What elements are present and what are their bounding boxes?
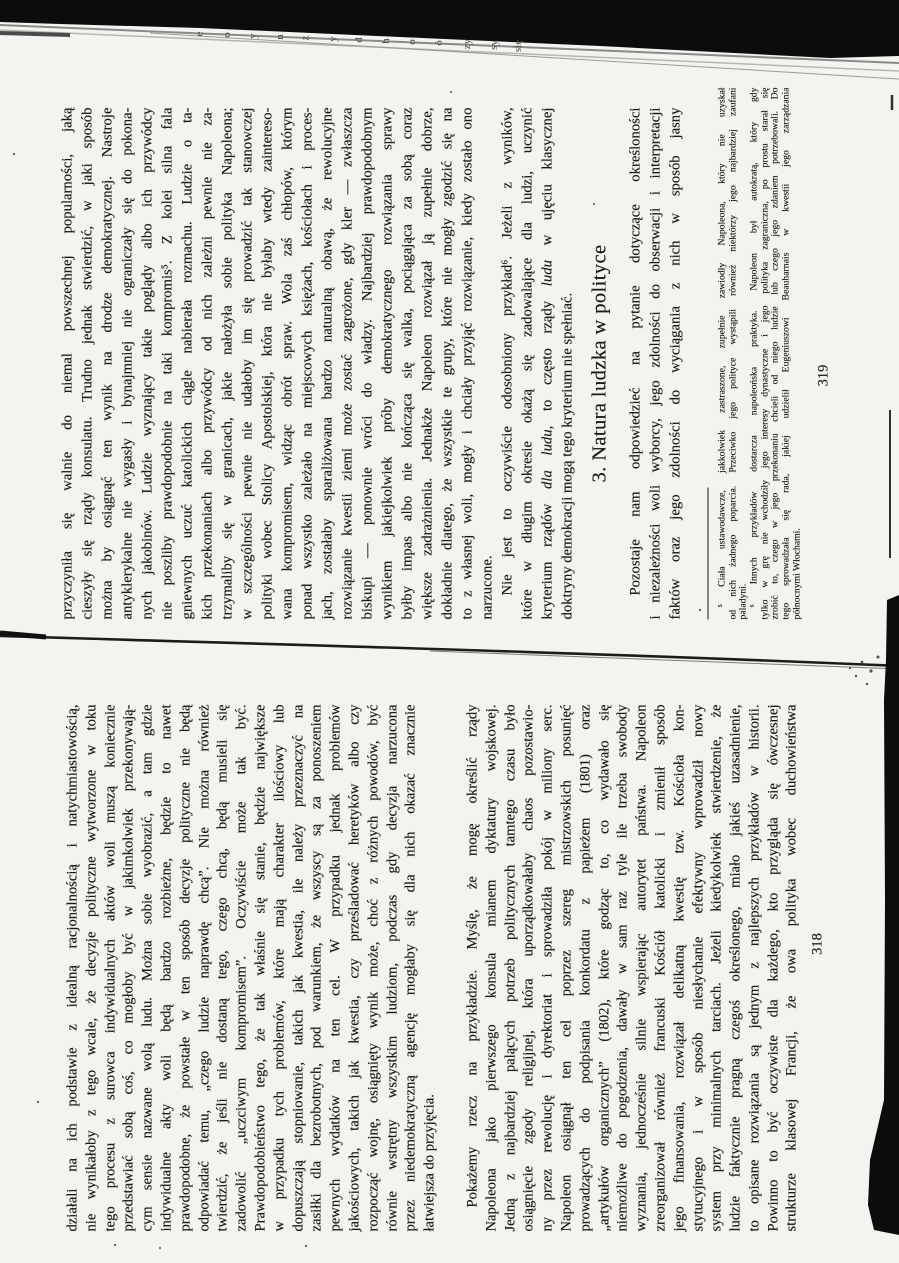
footnote-rule <box>708 488 709 620</box>
text-line: Pokażemy rzecz na przykładzie. Myślę, że… <box>463 705 482 1232</box>
text-line: narzucone. <box>478 108 498 620</box>
text-line: kryterium rządów dla ludu, to często rzą… <box>538 108 558 620</box>
section-heading: 3. Natura ludzka w polityce <box>587 108 613 620</box>
edge-fragment: się <box>512 40 524 52</box>
text-line: można by osiągnąć ten wynik na drodze de… <box>98 108 118 620</box>
gutter-shadow-line-end <box>0 633 46 637</box>
text-line: jakościowych, takich jak kwestia, czy pr… <box>345 705 364 1232</box>
text-line: trzymaliby się w granicach, jakie nałoży… <box>218 108 238 620</box>
text-line: ponad wszystko zależało na miejscowych k… <box>298 108 318 620</box>
text-line: pewnych wydatków na ten cel. W przypadku… <box>327 705 346 1232</box>
text-line: wynikiem jakiejkolwiek próby demokratycz… <box>378 108 398 620</box>
right-edge-black-strip <box>868 595 899 1235</box>
page-318-body-text: działali na ich podstawie z idealną racj… <box>64 705 802 1232</box>
text-line: doktryny demokracji mogą tego kryterium … <box>558 108 578 620</box>
text-line: stytucyjnego i w sposób niesłychanie efe… <box>689 705 708 1232</box>
text-line: prowadzących do podpisania konkordatu z … <box>576 705 595 1232</box>
text-line: cym sensie nazwane wolą ludu. Można sobi… <box>139 705 158 1232</box>
text-line: wana kompromisem, widząc obrót spraw. Wo… <box>278 108 298 620</box>
text-line: cieszyły się rządy konsulatu. Trudno jed… <box>78 108 98 620</box>
text-line: „artykułów organicznych” (1802), które g… <box>595 705 614 1232</box>
text-line: to z własnej woli, mogły i chciały przyj… <box>458 108 478 620</box>
book-scan-canvas: przyczyniła się walnie do niemal powszec… <box>0 0 899 1263</box>
text-line: system przy minimalnych tarciach. Jeżeli… <box>708 705 727 1232</box>
edge-fragment: d <box>353 37 365 43</box>
text-line: dokładnie dlatego, że wszystkie te grupy… <box>438 108 458 620</box>
text-line: gniewnych uczuć katolickich ciągle nabie… <box>178 108 198 620</box>
edge-fragment: ó <box>432 40 444 46</box>
text-line: nych jakobinów. Ludzie wyznający takie p… <box>138 108 158 620</box>
text-line: Napoleona jako pierwszego konsula mianem… <box>482 705 501 1232</box>
text-line: faktów oraz jego zdolności do wyciągania… <box>666 108 686 620</box>
text-line: i niezależności woli wyborcy, jego zdoln… <box>646 108 666 620</box>
gutter-shadow-echo <box>430 651 899 669</box>
text-line: większe zadrażnienia. Jednakże Napoleon … <box>418 108 438 620</box>
edge-fragment: o <box>220 32 232 38</box>
edge-fragment: o <box>406 39 418 45</box>
text-line: osiągnięcie zgody religijnej, która upor… <box>520 705 539 1232</box>
text-line: jego finansowania, rozwiązał delikatną k… <box>670 705 689 1232</box>
text-line: zasiłki dla bezrobotnych, pod warunkiem,… <box>308 705 327 1232</box>
text-line: Napoleon osiągnął ten cel poprzez szereg… <box>557 705 576 1232</box>
text-line: tego procesu z surowca indywidualnych ak… <box>101 705 120 1232</box>
page-319-body-text: przyczyniła się walnie do niemal powszec… <box>58 85 578 620</box>
text-line: od nich żadnego poparcia. Przeciwko jego… <box>728 88 739 620</box>
text-line: indywidualne akty woli będą bardzo rozbi… <box>157 705 176 1232</box>
top-edge-letter-fragments: eoynżydhoózysysię <box>0 0 899 60</box>
gutter-shadow-line <box>0 636 899 666</box>
text-line: strukturze klasowej Francji, że owa poli… <box>783 705 802 1232</box>
edge-fragment: y <box>326 36 338 42</box>
text-line: ny przez rewolucję i dyrektoriat i sprow… <box>539 705 558 1232</box>
text-line: odpowiadać temu, „czego ludzie naprawdę … <box>195 705 214 1232</box>
edge-fragment: y <box>247 33 259 39</box>
edge-fragment: n <box>273 34 285 40</box>
edge-fragment: h <box>379 38 391 44</box>
text-line: zreorganizował również francuski Kościół… <box>651 705 670 1232</box>
text-line: Prawdopodobieństwo tego, że tak właśnie … <box>251 705 270 1232</box>
page-number-318: 318 <box>810 681 827 1208</box>
text-line: łatwiejsza do przyjęcia. <box>421 705 440 1232</box>
text-line: Pozostaje nam odpowiedzieć na pytanie do… <box>626 108 646 620</box>
text-line: biskupi — ponownie wróci do władzy. Najb… <box>358 108 378 620</box>
text-line: rozpocząć wojnę, osiągnięty wynik może, … <box>364 705 383 1232</box>
text-line: byłby impas albo nie kończąca się walka,… <box>398 108 418 620</box>
text-line: zadowolić „uczciwym kompromisem”. Oczywi… <box>233 705 252 1232</box>
text-line: polityki wobec Stolicy Apostolskiej, któ… <box>258 108 278 620</box>
page-319-footnotes: ⁵ Ciała ustawodawcze, jakkolwiek zastras… <box>718 85 804 620</box>
page-number-319: 319 <box>815 120 832 632</box>
page-319-after-heading-text: Pozostaje nam odpowiedzieć na pytanie do… <box>626 85 686 620</box>
text-line: Jedną z najbardziej palących potrzeb pol… <box>501 705 520 1232</box>
text-line: przedstawiać sobą coś, co mogłoby być w … <box>120 705 139 1232</box>
text-line: to opisane rozwiązania są jednym z najle… <box>745 705 764 1232</box>
text-line: Powinno to być oczywiste dla każdego, kt… <box>764 705 783 1232</box>
edge-fragment: e <box>193 32 205 37</box>
text-line: jach, zostałaby sparaliżowana bardzo nat… <box>318 108 338 620</box>
text-line: w przypadku tych problemów, które mają c… <box>270 705 289 1232</box>
text-line: kich przekonaniach albo przywódcy od nic… <box>198 108 218 620</box>
edge-fragment: zy <box>461 39 473 49</box>
text-line: dopuszczają stopniowanie, takich jak kwe… <box>289 705 308 1232</box>
text-line: przez niedemokratyczną agencję mogłaby s… <box>402 705 421 1232</box>
text-line: wyznania, jednocześnie silnie wspierając… <box>633 705 652 1232</box>
text-line: antyklerykalne nie wygasły i bynajmniej … <box>118 108 138 620</box>
text-line: niemożliwe do pogodzenia, dawały w sam r… <box>614 705 633 1232</box>
edge-fragment: sy <box>487 40 499 50</box>
text-line: które w długim okresie okażą się zadowal… <box>518 108 538 620</box>
text-line: w szczególności pewnie nie udałoby im si… <box>238 108 258 620</box>
text-line: ludzie faktycznie pragną czegoś określon… <box>727 705 746 1232</box>
text-line: działali na ich podstawie z idealną racj… <box>64 705 83 1232</box>
page-318: działali na ich podstawie z idealną racj… <box>64 705 854 1232</box>
text-line: twierdzić, że jeśli nie dostaną tego, cz… <box>214 705 233 1232</box>
text-line: Nie jest to oczywiście odosobniony przyk… <box>498 108 518 620</box>
text-line: północnymi Włochami. <box>792 88 803 620</box>
text-line: przyczyniła się walnie do niemal powszec… <box>58 108 78 620</box>
text-line: prawdopodobne, że powstałe w ten sposób … <box>176 705 195 1232</box>
text-line: równie wstrętny wszystkim ludziom, podcz… <box>383 705 402 1232</box>
page-319: przyczyniła się walnie do niemal powszec… <box>58 85 848 620</box>
edge-fragment: ż <box>299 36 311 41</box>
text-line: rozwiązanie kwestii ziemi może zostać za… <box>338 108 358 620</box>
text-line: nie poszliby prawdopodobnie na taki komp… <box>158 108 178 620</box>
text-line: nie wynikałoby z tego wcale, że decyzje … <box>82 705 101 1232</box>
